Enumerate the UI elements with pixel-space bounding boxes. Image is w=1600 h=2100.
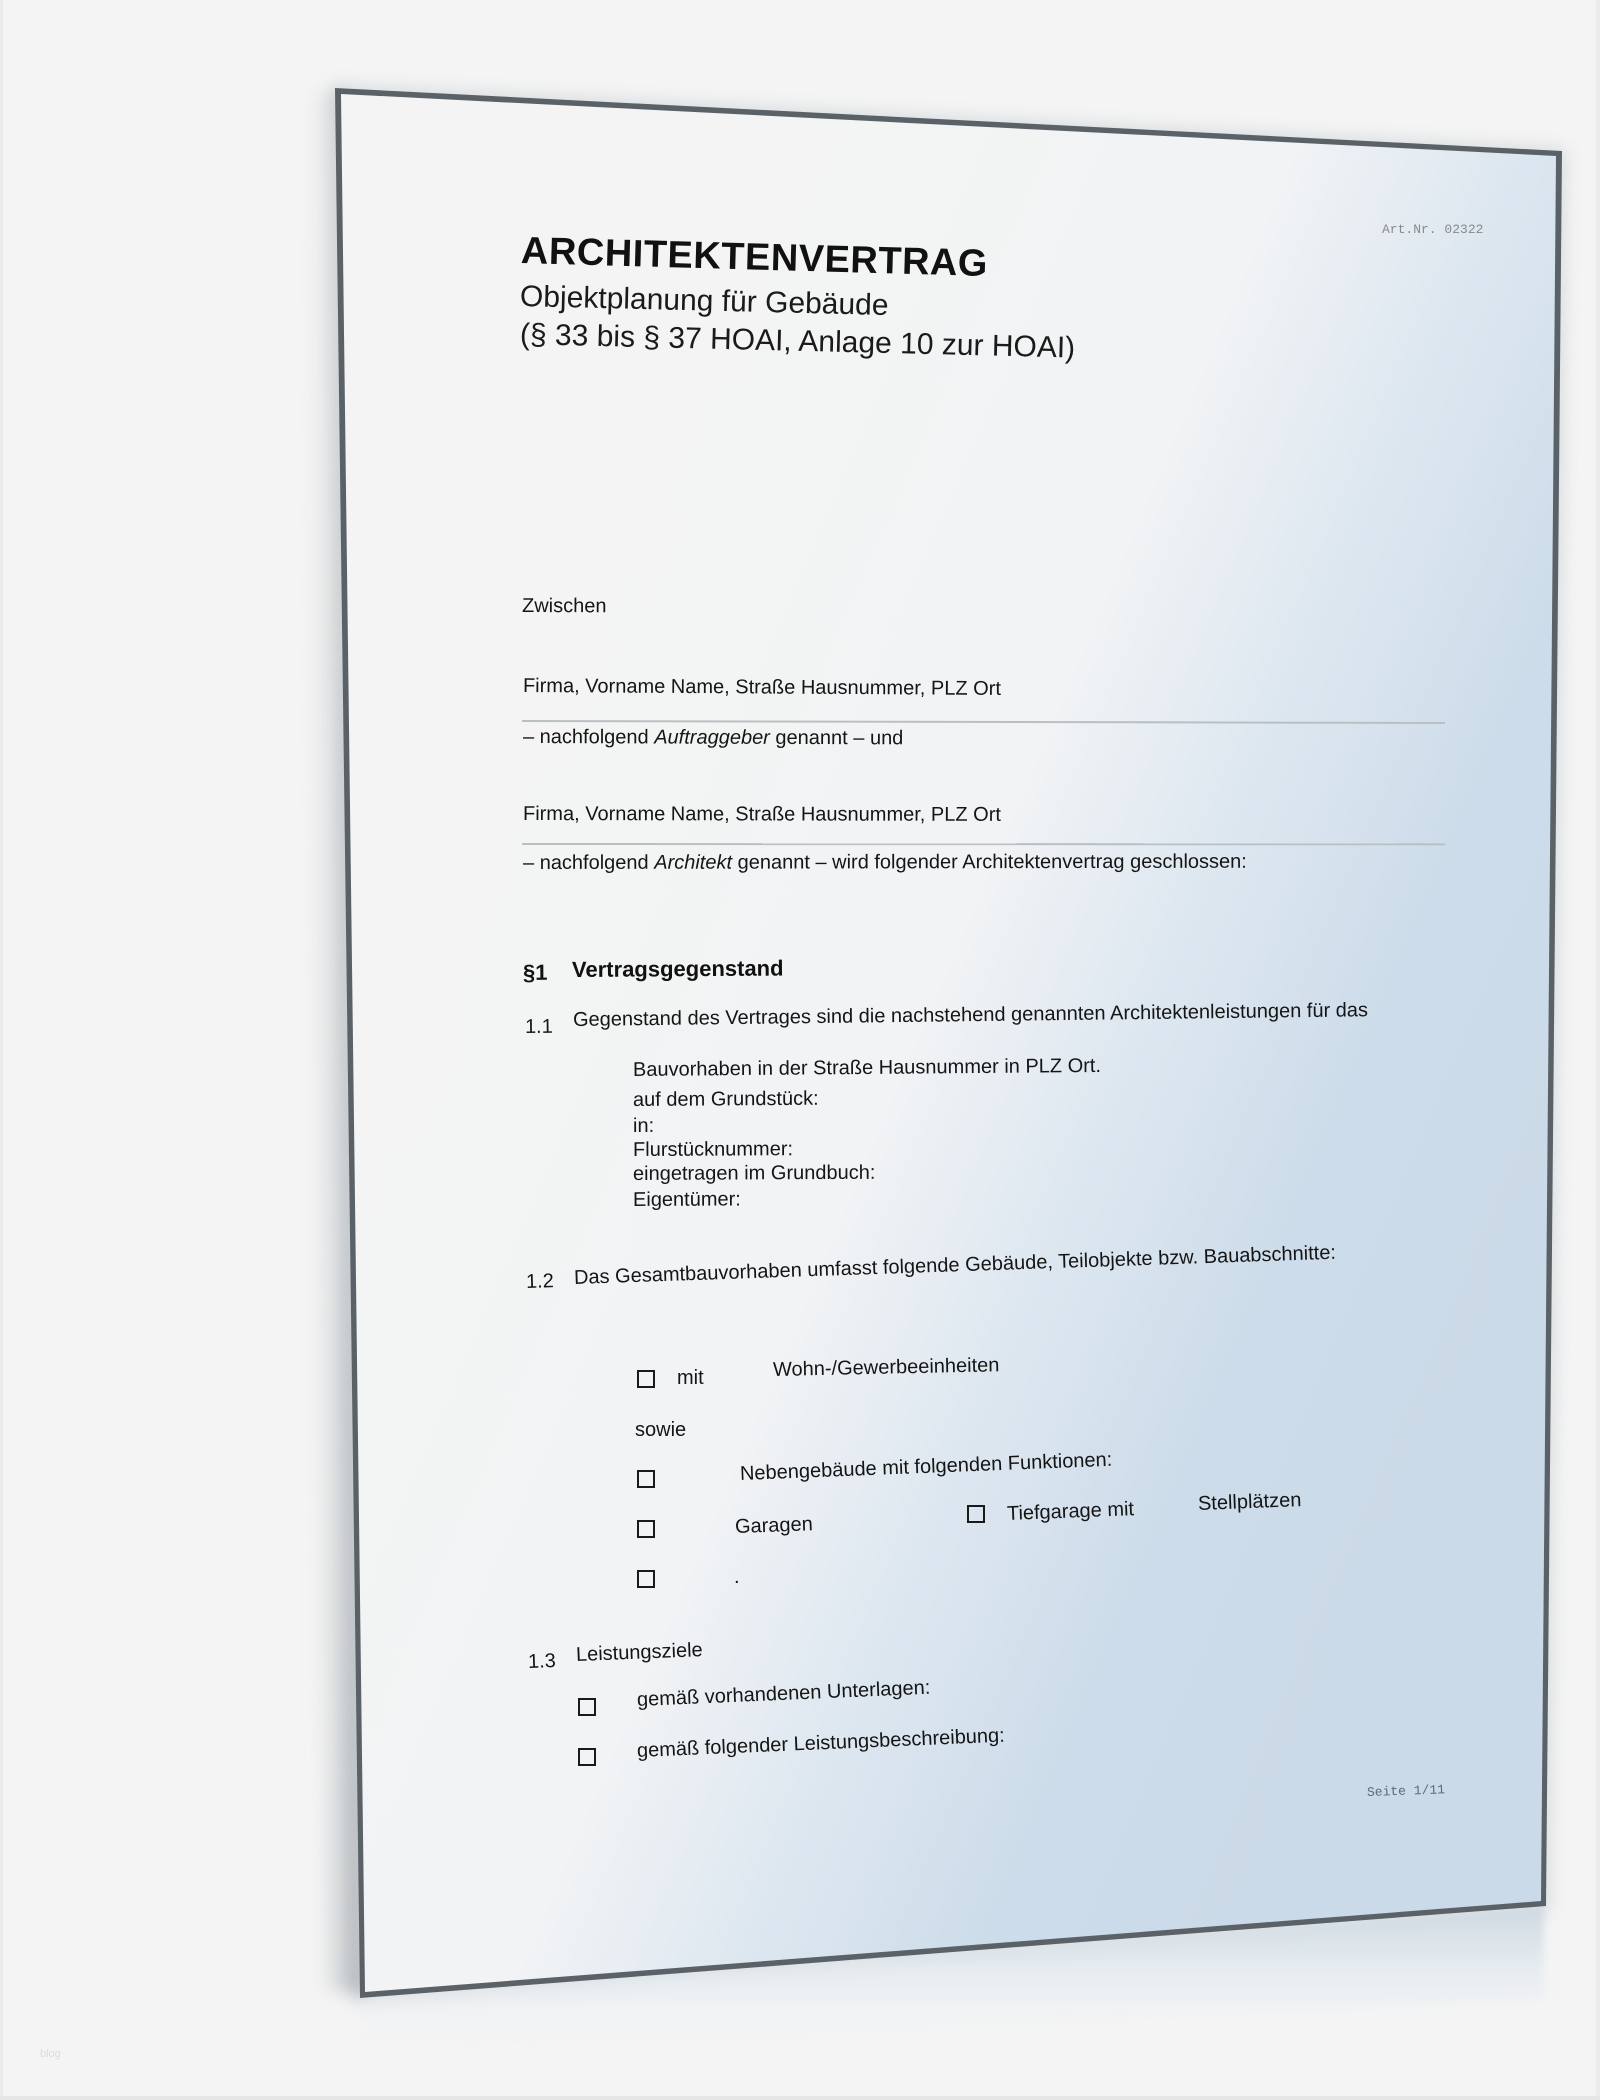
section-1-title: Vertragsgegenstand <box>572 958 784 981</box>
checkbox-wohneinheiten[interactable] <box>637 1370 655 1388</box>
option-wohneinheiten-label: Wohn-/Gewerbeeinheiten <box>773 1355 1000 1380</box>
checkbox-garagen[interactable] <box>637 1520 655 1538</box>
sowie-label: sowie <box>635 1420 686 1440</box>
party-1-role-prefix: – nachfolgend <box>523 726 654 748</box>
clause-1-3-title: Leistungsziele <box>576 1640 703 1665</box>
party-1-role-suffix: genannt – und <box>770 727 904 749</box>
party-2-field[interactable]: Firma, Vorname Name, Straße Hausnummer, … <box>523 804 1001 825</box>
party-1-role: – nachfolgend Auftraggeber genannt – und <box>523 727 903 748</box>
party-2-role: – nachfolgend Architekt genannt – wird f… <box>523 852 1247 873</box>
clause-1-1-number: 1.1 <box>525 1017 553 1037</box>
option-mit-label: mit <box>677 1368 704 1388</box>
clause-1-1-detail-2: in: <box>633 1116 654 1136</box>
article-number: Art.Nr. 02322 <box>1382 223 1483 236</box>
checkbox-other-building[interactable] <box>637 1570 655 1588</box>
checkbox-leistungsbeschreibung[interactable] <box>578 1748 596 1766</box>
checkbox-vorhandene-unterlagen[interactable] <box>578 1698 596 1716</box>
option-other-label: . <box>734 1567 740 1587</box>
option-tiefgarage-label: Tiefgarage mit <box>1007 1499 1135 1524</box>
party-1-field[interactable]: Firma, Vorname Name, Straße Hausnummer, … <box>523 676 1001 699</box>
clause-1-3-number: 1.3 <box>528 1651 556 1672</box>
party-2-role-name: Architekt <box>654 852 732 874</box>
parties-intro: Zwischen <box>522 596 607 616</box>
clause-1-1-detail-0: Bauvorhaben in der Straße Hausnummer in … <box>633 1056 1101 1080</box>
clause-1-2-number: 1.2 <box>526 1271 554 1292</box>
watermark-text: blog <box>40 2048 61 2060</box>
checkbox-tiefgarage[interactable] <box>967 1505 985 1523</box>
section-1-number: §1 <box>523 962 548 984</box>
clause-1-1-detail-1: auf dem Grundstück: <box>633 1089 819 1110</box>
party-2-role-prefix: – nachfolgend <box>523 852 654 874</box>
option-stellplaetze-label: Stellplätzen <box>1198 1490 1302 1514</box>
party-1-role-name: Auftraggeber <box>654 726 770 748</box>
page-number: Seite 1/11 <box>1367 1783 1445 1799</box>
party-2-underline <box>522 843 1445 845</box>
clause-1-1-detail-4: eingetragen im Grundbuch: <box>633 1163 875 1184</box>
clause-1-1-detail-5: Eigentümer: <box>633 1189 741 1210</box>
clause-1-1-detail-3: Flurstücknummer: <box>633 1139 793 1160</box>
party-2-role-suffix: genannt – wird folgender Architektenvert… <box>732 851 1247 874</box>
option-garagen-label: Garagen <box>735 1514 813 1537</box>
checkbox-nebengebaeude[interactable] <box>637 1470 655 1488</box>
screenshot-stage: Art.Nr. 02322 ARCHITEKTENVERTRAG Objektp… <box>0 0 1600 2100</box>
